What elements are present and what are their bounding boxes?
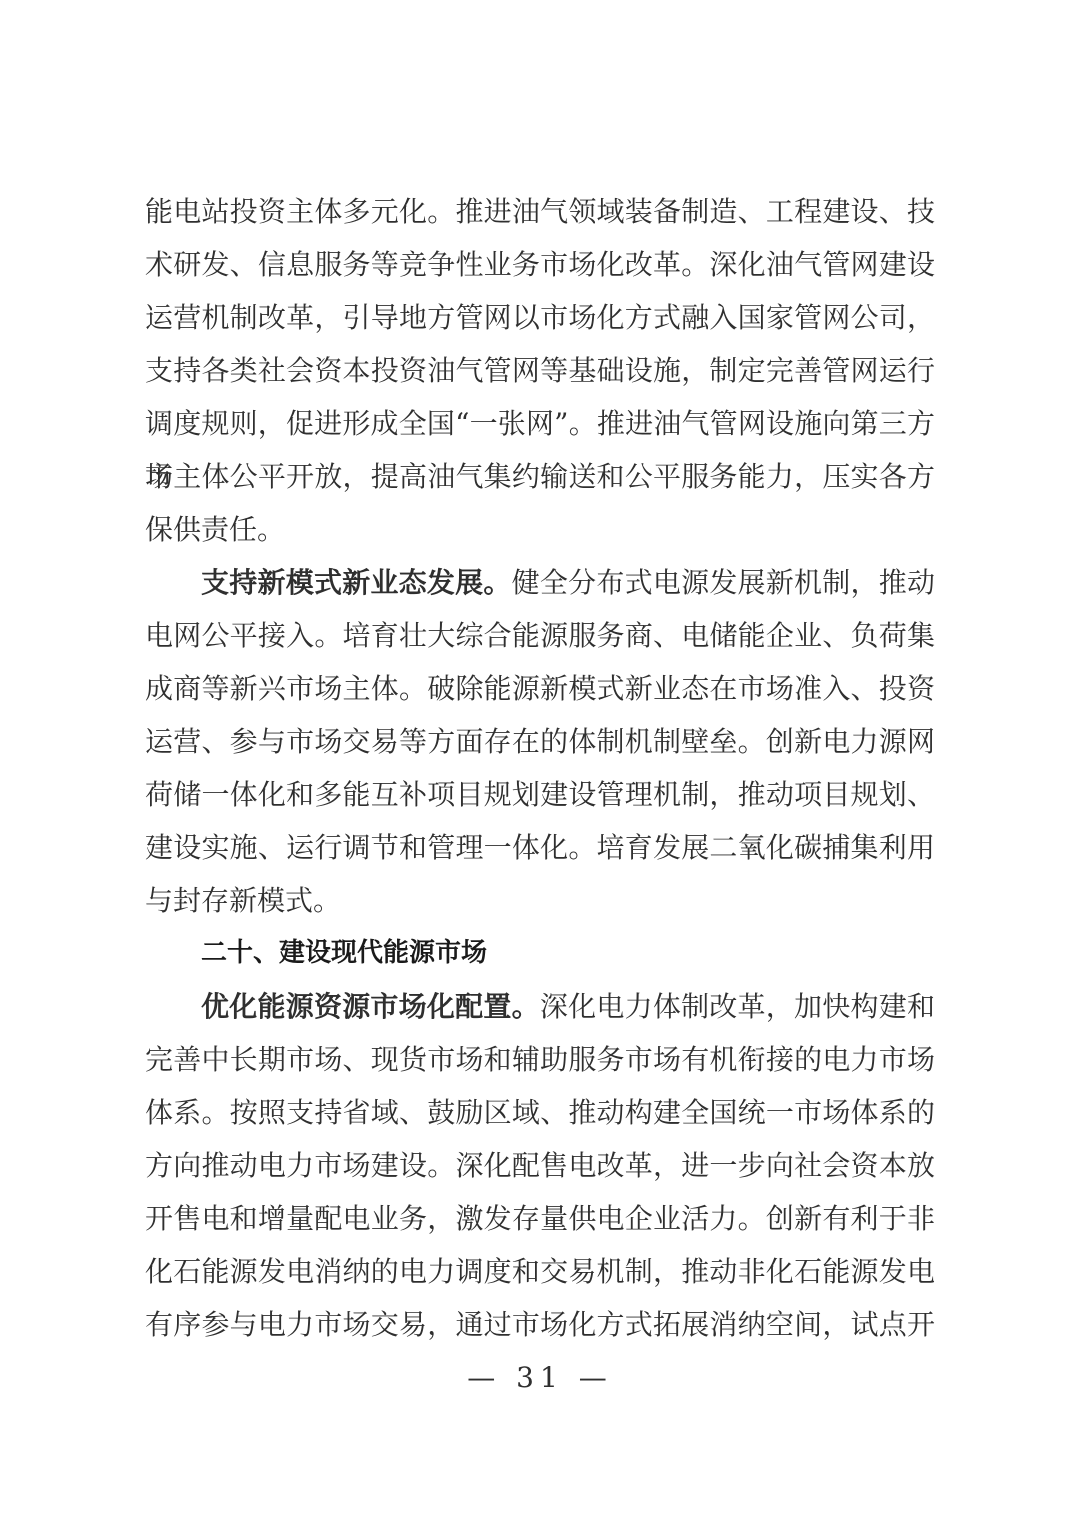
text-line: 体系。按照支持省域、鼓励区域、推动构建全国统一市场体系的 (145, 1086, 935, 1139)
document-page: 能电站投资主体多元化。推进油气领域装备制造、工程建设、技 术研发、信息服务等竞争… (0, 0, 1080, 1527)
lead-rest-text: 深化电力体制改革，加快构建和 (540, 990, 935, 1023)
page-number: — 31 — (467, 1361, 612, 1394)
text-line: 调度规则，促进形成全国“一张网”。推进油气管网设施向第三方市 (145, 397, 935, 450)
text-line: 术研发、信息服务等竞争性业务市场化改革。深化油气管网建设 (145, 238, 935, 291)
bold-lead-sentence: 支持新模式新业态发展。 (201, 566, 512, 599)
text-line: 化石能源发电消纳的电力调度和交易机制，推动非化石能源发电 (145, 1245, 935, 1298)
text-line: 荷储一体化和多能互补项目规划建设管理机制，推动项目规划、 (145, 768, 935, 821)
text-line: 与封存新模式。 (145, 874, 935, 927)
text-line: 保供责任。 (145, 503, 935, 556)
paragraph-2: 支持新模式新业态发展。健全分布式电源发展新机制，推动 电网公平接入。培育壮大综合… (145, 556, 935, 927)
text-line: 运营、参与市场交易等方面存在的体制机制壁垒。创新电力源网 (145, 715, 935, 768)
text-line: 完善中长期市场、现货市场和辅助服务市场有机衔接的电力市场 (145, 1033, 935, 1086)
text-line: 方向推动电力市场建设。深化配售电改革，进一步向社会资本放 (145, 1139, 935, 1192)
text-line: 支持各类社会资本投资油气管网等基础设施，制定完善管网运行 (145, 344, 935, 397)
document-body: 能电站投资主体多元化。推进油气领域装备制造、工程建设、技 术研发、信息服务等竞争… (145, 185, 935, 1351)
lead-rest-text: 健全分布式电源发展新机制，推动 (512, 566, 935, 599)
text-line-lead: 优化能源资源市场化配置。深化电力体制改革，加快构建和 (145, 980, 935, 1033)
text-line: 运营机制改革，引导地方管网以市场化方式融入国家管网公司， (145, 291, 935, 344)
section-heading: 二十、建设现代能源市场 (145, 927, 935, 980)
text-line: 有序参与电力市场交易，通过市场化方式拓展消纳空间，试点开 (145, 1298, 935, 1351)
paragraph-1: 能电站投资主体多元化。推进油气领域装备制造、工程建设、技 术研发、信息服务等竞争… (145, 185, 935, 556)
page-footer: — 31 — (0, 1351, 1080, 1404)
text-line: 开售电和增量配电业务，激发存量供电企业活力。创新有利于非 (145, 1192, 935, 1245)
text-line: 场主体公平开放，提高油气集约输送和公平服务能力，压实各方 (145, 450, 935, 503)
text-line-lead: 支持新模式新业态发展。健全分布式电源发展新机制，推动 (145, 556, 935, 609)
text-line: 电网公平接入。培育壮大综合能源服务商、电储能企业、负荷集 (145, 609, 935, 662)
text-line: 成商等新兴市场主体。破除能源新模式新业态在市场准入、投资 (145, 662, 935, 715)
bold-lead-sentence: 优化能源资源市场化配置。 (201, 990, 540, 1023)
text-line: 能电站投资主体多元化。推进油气领域装备制造、工程建设、技 (145, 185, 935, 238)
paragraph-3: 优化能源资源市场化配置。深化电力体制改革，加快构建和 完善中长期市场、现货市场和… (145, 980, 935, 1351)
text-line: 建设实施、运行调节和管理一体化。培育发展二氧化碳捕集利用 (145, 821, 935, 874)
